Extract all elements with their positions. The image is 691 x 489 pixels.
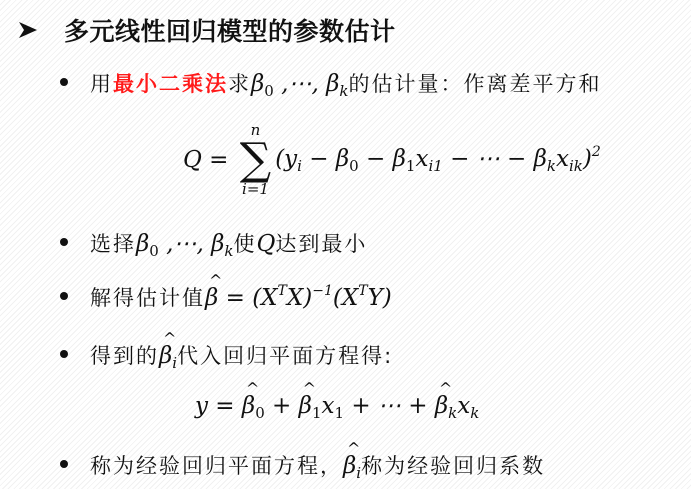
bullet-solution: 解得估计值 β = (XTX)−1(XTY) (60, 282, 392, 312)
title-text: 多元线性回归模型的参数估计 (64, 12, 396, 48)
bullet-dot-icon (60, 238, 68, 246)
formula-q: Q = n∑i=1 (yi − β0 − β1xi1 − ⋯ − βkxik)2 (183, 112, 601, 207)
slide-title: 多元线性回归模型的参数估计 (18, 10, 396, 50)
formula-y: y = β0 + β1x1 + ⋯ + βkxk (195, 393, 479, 422)
bullet-dot-icon (60, 460, 68, 468)
arrow-bullet-icon (18, 20, 38, 40)
math-betas: β0 ,⋯, βk (251, 71, 348, 100)
bullet-least-squares: 用 最小二乘法 求 β0 ,⋯, βk 的估计量：作离差平方和 (60, 68, 601, 100)
bullet-empirical: 称为经验回归平面方程， βi 称为经验回归系数 (60, 450, 545, 482)
bullet-substitute: 得到的 βi 代入回归平面方程得: (60, 340, 393, 372)
bullet-minimize: 选择 β0 ,⋯, βk 使 Q 达到最小 (60, 228, 367, 260)
bullet-dot-icon (60, 292, 68, 300)
bullet-dot-icon (60, 350, 68, 358)
bullet-dot-icon (60, 78, 68, 86)
highlight-least-squares: 最小二乘法 (113, 68, 228, 98)
